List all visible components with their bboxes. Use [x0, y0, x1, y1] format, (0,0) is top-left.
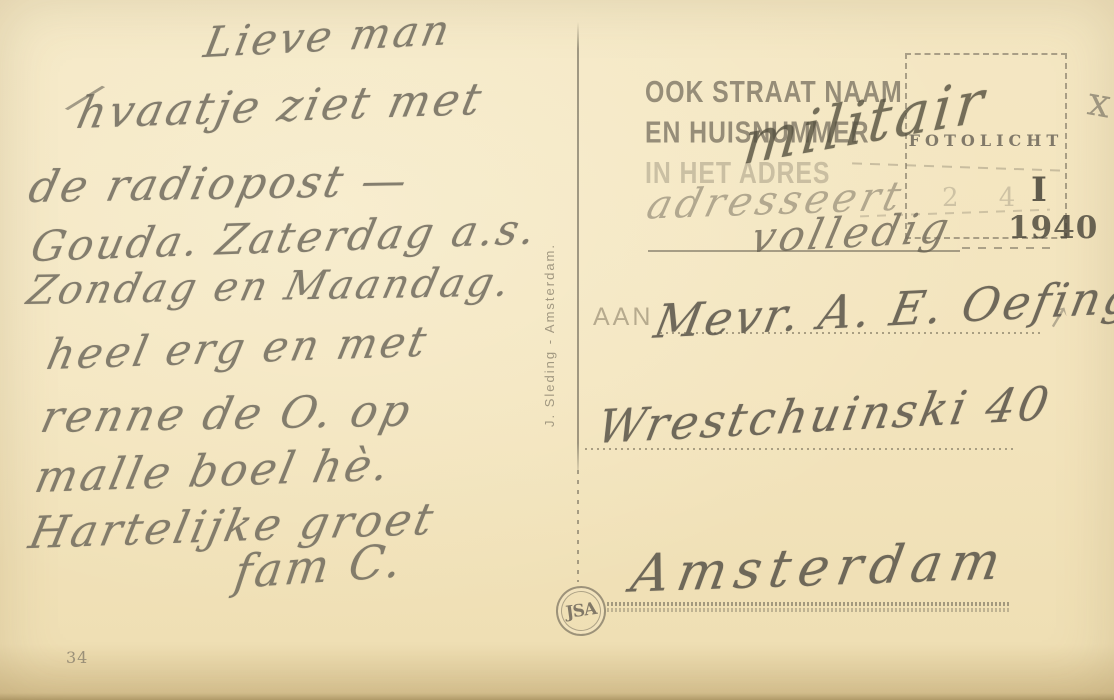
message-line: Lieve man — [200, 5, 456, 68]
address-field-label: AAN — [593, 303, 653, 332]
address-line-3: Amsterdam — [627, 531, 1013, 605]
microprint-line — [607, 602, 1009, 614]
cancel-bar — [648, 250, 960, 252]
postcard-back: Lieve man hvaatje ziet met de radiopost … — [0, 0, 1114, 700]
publisher-imprint: J. Sleding - Amsterdam. — [542, 200, 566, 470]
cancel-bar-dashed — [962, 247, 1054, 249]
message-line: hvaatje ziet met — [73, 74, 489, 140]
divider-line — [577, 22, 579, 470]
microprint-row — [607, 602, 1009, 606]
microprint-row — [607, 608, 1009, 612]
publisher-logo: JSA — [553, 583, 609, 639]
pencil-mark: x — [1084, 78, 1114, 127]
cancel-date-year: 1940 — [1008, 210, 1098, 246]
card-number: 34 — [66, 648, 88, 667]
message-line: heel erg en met — [43, 317, 434, 380]
signature: fam C. — [231, 533, 407, 599]
message-line: Zondag en Maandag. — [23, 259, 517, 314]
message-line: de radiopost — — [24, 155, 415, 213]
address-line-2: Wrestchuinski 40 — [593, 376, 1056, 454]
message-line: renne de O. op — [36, 385, 418, 443]
cancel-date-month: I — [1031, 170, 1047, 210]
cancel-date-faint-digits: 2 4 — [942, 183, 1031, 213]
publisher-logo-monogram: JSA — [564, 599, 597, 623]
divider-dotted-segment — [577, 470, 579, 582]
message-line: malle boel hè. — [31, 439, 397, 503]
